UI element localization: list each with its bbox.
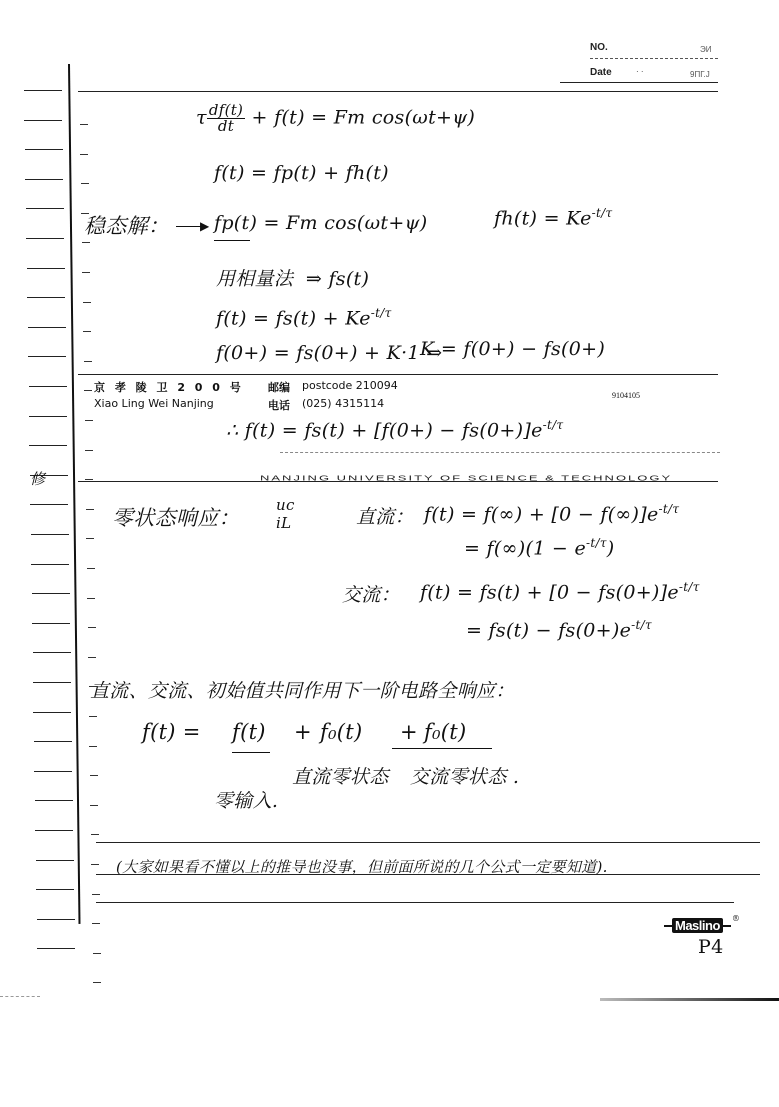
ruler-tick <box>25 149 63 150</box>
scan-edge-left <box>0 996 40 997</box>
dc-equation-1: f(t) = f(∞) + [0 − f(∞)]e-t/τ <box>424 502 679 525</box>
ac-label: 交流： <box>342 580 400 607</box>
ac-eq1-exp: -t/τ <box>679 580 700 594</box>
ruler-tick-inner <box>87 598 95 599</box>
ac-eq2-exp: -t/τ <box>631 618 652 632</box>
header-rule <box>560 82 718 83</box>
phasor-line: 用相量法 ⇒ fs(t) <box>216 264 369 291</box>
ruler-tick <box>26 238 64 239</box>
eq7-exp: -t/τ <box>543 418 564 432</box>
phasor-text: 用相量法 <box>216 268 293 290</box>
ac-equation-1: f(t) = fs(t) + [0 − fs(0+)]e-t/τ <box>420 580 700 603</box>
equation-homogeneous: fh(t) = Ke-t/τ <box>494 206 612 229</box>
ruler-tick-inner <box>86 509 94 510</box>
ruler-tick <box>32 623 70 624</box>
ruler-tick-inner <box>81 183 89 184</box>
full-eq-term3: f₀(t) <box>424 720 467 744</box>
ruler-tick <box>34 741 72 742</box>
ruler-tick-inner <box>84 361 92 362</box>
ruler-tick-inner <box>89 716 97 717</box>
ruler-tick <box>30 504 68 505</box>
ruler-tick <box>27 268 65 269</box>
faint-line <box>280 452 720 453</box>
ac-equation-2: = fs(t) − fs(0+)e-t/τ <box>466 618 652 641</box>
brace-term3 <box>392 748 492 749</box>
arrow-head-icon: ▶ <box>200 219 209 233</box>
ruler-tick <box>27 297 65 298</box>
eq3b-exp: -t/τ <box>592 206 613 220</box>
equation-decomposition: f(t) = fp(t) + fh(t) <box>214 162 389 184</box>
stamp-code: 9104105 <box>612 391 640 400</box>
ruler-tick <box>31 534 69 535</box>
dc-eq2-close: ) <box>607 537 615 559</box>
equation-general: f(t) = fs(t) + Ke-t/τ <box>216 306 392 329</box>
phone: (025) 4315114 <box>302 397 384 410</box>
ruler-tick <box>34 771 72 772</box>
brace-term1 <box>232 752 270 753</box>
logo-wing-right <box>723 925 731 927</box>
underline-fp <box>214 240 250 241</box>
dc-label: 直流： <box>356 502 414 529</box>
steady-state-label: 稳态解： <box>84 210 169 240</box>
ruler-tick <box>25 179 63 180</box>
ruler-tick-inner <box>92 894 100 895</box>
ruler-tick <box>26 208 64 209</box>
dc-eq1-exp: -t/τ <box>659 502 680 516</box>
address-en: Xiao Ling Wei Nanjing <box>94 397 214 410</box>
equation-k: K = f(0+) − fs(0+) <box>420 338 605 360</box>
ruler-tick-inner <box>85 450 93 451</box>
top-rule <box>78 91 718 92</box>
margin-note: 修 <box>30 468 45 489</box>
ruler-tick-inner <box>88 657 96 658</box>
no-dashline <box>590 58 718 59</box>
ruler-tick <box>33 652 71 653</box>
full-eq-plus2: + <box>400 720 418 744</box>
ruler-tick-inner <box>93 953 101 954</box>
full-eq-term2: f₀(t) <box>320 720 363 744</box>
ruler-tick-inner <box>82 242 90 243</box>
postcode: postcode 210094 <box>302 379 398 392</box>
ruler-tick-inner <box>80 124 88 125</box>
ruler-tick <box>28 356 66 357</box>
ruler-tick <box>36 889 74 890</box>
ruler-tick <box>33 712 71 713</box>
derivative-fraction: df(t)dt <box>207 103 245 134</box>
ruler-tick <box>24 120 62 121</box>
address-cn: 京 孝 陵 卫 2 0 0 号 <box>94 379 244 395</box>
ruler-tick-inner <box>83 302 91 303</box>
date-dots: · · <box>636 67 644 76</box>
ruler-tick-inner <box>82 272 90 273</box>
ruler-tick-inner <box>91 864 99 865</box>
ruler-tick <box>24 90 62 91</box>
ruler-tick-inner <box>90 805 98 806</box>
full-eq-left: f(t) = <box>142 720 201 744</box>
eq5-exp: -t/τ <box>371 306 392 320</box>
therefore-symbol: ∴ <box>226 419 238 441</box>
ruler-tick-inner <box>87 568 95 569</box>
page-number: P4 <box>698 936 723 958</box>
no-value: ЭИ <box>700 45 712 54</box>
ruler-tick <box>29 445 67 446</box>
postcode-label: 邮编 <box>268 379 290 395</box>
ruler-tick-inner <box>84 390 92 391</box>
no-label: NO. <box>590 42 608 53</box>
full-eq-label-ac: 交流零状态 . <box>410 762 519 789</box>
rule-line <box>96 902 734 903</box>
scan-edge <box>600 998 779 1001</box>
eq5-base: f(t) = fs(t) + Ke <box>216 307 371 329</box>
zero-state-uc: uc <box>276 496 295 514</box>
ruler-tick-inner <box>83 331 91 332</box>
ac-eq2-base: = fs(t) − fs(0+)e <box>466 619 631 641</box>
ruler-tick <box>37 948 75 949</box>
frac-den: dt <box>207 119 245 134</box>
registered-icon: ® <box>732 914 740 923</box>
logo-wing-left <box>664 925 672 927</box>
full-eq-label-zero-input: 零输入. <box>214 786 278 813</box>
ruler-tick <box>35 800 73 801</box>
ruler-tick-inner <box>80 154 88 155</box>
equation-full-solution: ∴ f(t) = fs(t) + [f(0+) − fs(0+)]e-t/τ <box>226 418 563 441</box>
ruler-tick-inner <box>86 538 94 539</box>
ruler-tick <box>31 564 69 565</box>
date-label: Date <box>590 67 612 78</box>
ruler-tick-inner <box>92 923 100 924</box>
ruler-tick <box>29 386 67 387</box>
full-response-heading: 直流、交流、初始值共同作用下一阶电路全响应： <box>90 676 515 703</box>
tau-symbol: τ <box>196 107 207 129</box>
ruler-tick-inner <box>89 746 97 747</box>
zero-state-il: iL <box>276 514 291 532</box>
ruler-tick-inner <box>88 627 96 628</box>
ruler-tick-inner <box>93 982 101 983</box>
dc-eq2-exp: -t/τ <box>586 536 607 550</box>
ac-eq1-base: f(t) = fs(t) + [0 − fs(0+)]e <box>420 581 679 603</box>
eq3b-base: fh(t) = Ke <box>494 207 592 229</box>
ruler-tick-inner <box>91 834 99 835</box>
ruler-tick <box>35 830 73 831</box>
dc-eq1-base: f(t) = f(∞) + [0 − f(∞)]e <box>424 503 659 525</box>
rule-line <box>96 874 760 875</box>
eq7-base: f(t) = fs(t) + [f(0+) − fs(0+)]e <box>245 419 543 441</box>
brand-logo: Maslino ® <box>664 918 740 933</box>
ruler-tick <box>32 593 70 594</box>
date-value: 9ПГ.Ј <box>690 70 710 79</box>
full-eq-term1: f(t) <box>232 720 266 744</box>
ruler-tick-inner <box>90 775 98 776</box>
rule-line <box>78 374 718 375</box>
zero-state-label: 零状态响应： <box>112 502 240 532</box>
eq1-rest: + f(t) = Fm cos(ωt+ψ) <box>252 107 476 129</box>
ruler-tick <box>36 860 74 861</box>
equation-particular: fp(t) = Fm cos(ωt+ψ) <box>214 212 428 234</box>
dc-equation-2: = f(∞)(1 − e-t/τ) <box>464 536 614 559</box>
equation-initial: f(0+) = fs(0+) + K·1 ⇒ <box>216 342 442 364</box>
dc-eq2-base: = f(∞)(1 − e <box>464 537 586 559</box>
ruler-tick <box>33 682 71 683</box>
equation-differential: τdf(t)dt + f(t) = Fm cos(ωt+ψ) <box>196 103 475 134</box>
phasor-result: ⇒ fs(t) <box>306 268 369 290</box>
ruler-tick <box>28 327 66 328</box>
ruler-tick <box>37 919 75 920</box>
margin-rule <box>68 64 81 924</box>
ruler-tick <box>29 416 67 417</box>
full-eq-label-dc: 直流零状态 <box>292 762 389 789</box>
ruler-tick-inner <box>85 420 93 421</box>
phone-label: 电话 <box>268 397 290 413</box>
logo-text: Maslino <box>672 918 723 933</box>
university-line: NANJING UNIVERSITY OF SCIENCE & TECHNOLO… <box>260 474 672 482</box>
rule-line <box>96 842 760 843</box>
full-eq-plus1: + <box>294 720 312 744</box>
